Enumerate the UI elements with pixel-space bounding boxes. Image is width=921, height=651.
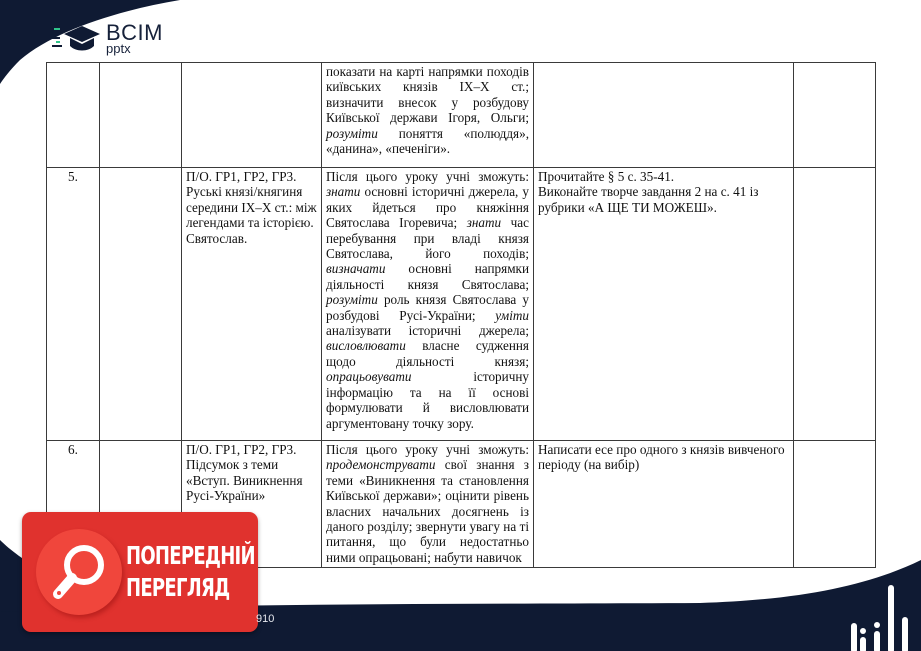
date-cell [100,168,182,441]
outcome-verb: розуміти [326,126,378,141]
brand-bars-icon [848,585,918,651]
topic-cell [182,63,322,168]
table-row: показати на карті напрямки походів київс… [47,63,876,168]
outcome-verb: висловлювати [326,338,406,353]
outcomes-cell: показати на карті напрямки походів київс… [322,63,534,168]
homework-cell [534,63,794,168]
lesson-number-cell [47,63,100,168]
outcome-verb: знати [326,184,360,199]
date-cell [100,63,182,168]
notes-cell [794,441,876,568]
notes-cell [794,168,876,441]
preview-title-line2: ПЕРЕГЛЯД [126,572,255,604]
outcome-text: свої знання з теми «Виникнення та станов… [326,457,529,564]
magnifier-icon [36,529,122,615]
outcomes-cell: Після цього уроку учні зможуть: продемон… [322,441,534,568]
notes-cell [794,63,876,168]
homework-cell: Написати есе про одного з князів вивчено… [534,441,794,568]
outcome-verb: уміти [495,308,529,323]
outcome-text: показати на карті напрямки походів київс… [326,64,529,125]
lesson-plan-table: показати на карті напрямки походів київс… [46,62,876,568]
outcome-text: Після цього уроку учні зможуть: [326,169,529,184]
outcome-text: аналізувати історичні джерела; [326,323,529,338]
outcome-verb: опрацьовувати [326,369,412,384]
table-row: 5.П/О. ГР1, ГР2, ГР3. Руські князі/княги… [47,168,876,441]
preview-badge[interactable]: ПОПЕРЕДНІЙ ПЕРЕГЛЯД [22,512,258,632]
outcomes-cell: Після цього уроку учні зможуть: знати ос… [322,168,534,441]
outcome-verb: розуміти [326,292,378,307]
homework-cell: Прочитайте § 5 с. 35-41. Виконайте творч… [534,168,794,441]
lesson-number-cell: 5. [47,168,100,441]
outcome-verb: знати [467,215,501,230]
preview-title-line1: ПОПЕРЕДНІЙ [126,540,255,572]
outcome-verb: визначати [326,261,385,276]
page-number: 910 [256,613,274,625]
outcome-verb: продемонструвати [326,457,436,472]
brand-logo[interactable]: BCIM pptx [50,22,163,55]
outcome-text: Після цього уроку учні зможуть: [326,442,529,457]
graduation-cap-icon [50,24,102,54]
topic-cell: П/О. ГР1, ГР2, ГР3. Руські князі/княгиня… [182,168,322,441]
